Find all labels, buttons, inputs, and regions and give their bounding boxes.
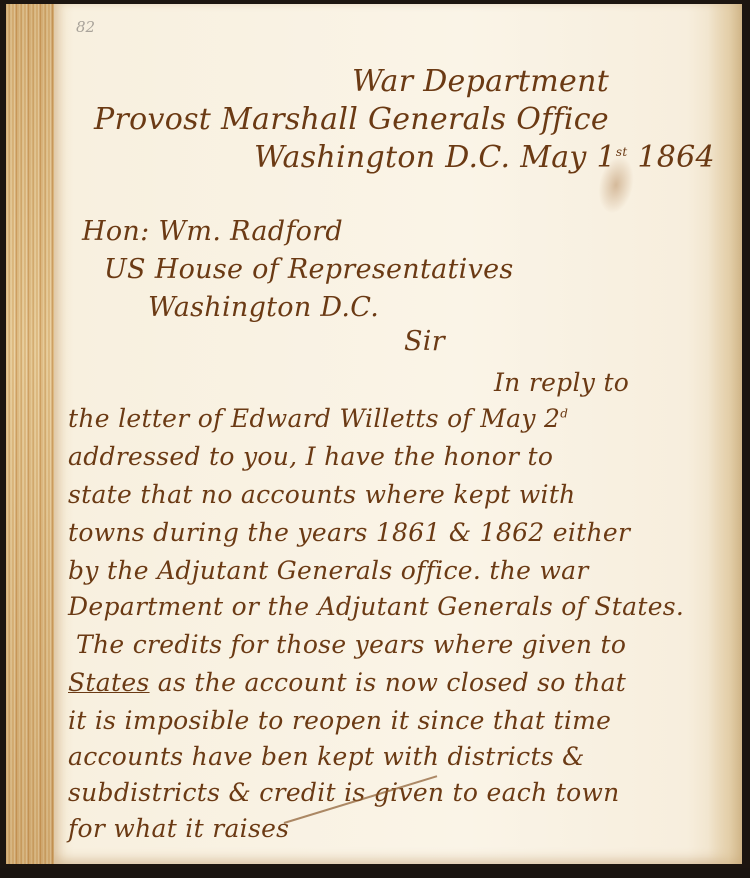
page-number: 82 [76,18,95,36]
body-line-11: accounts have ben kept with districts & [68,742,585,771]
body-line-6: by the Adjutant Generals office. the war [68,556,589,585]
body-line-5: towns during the years 1861 & 1862 eithe… [68,518,630,547]
letterhead-place: Washington D.C. May 1 [254,140,616,175]
body-line-2-ordinal: d [560,407,568,421]
body-line-7: Department or the Adjutant Generals of S… [68,592,684,621]
manuscript-page: 82 War Department Provost Marshall Gener… [54,4,742,864]
salutation: Sir [404,326,445,357]
addressee-name: Hon: Wm. Radford [82,216,343,247]
page-edges-stack [6,4,55,864]
body-line-2-text: the letter of Edward Willetts of May 2 [68,404,560,433]
letterhead-department: War Department [352,64,609,99]
body-line-13: for what it raises [68,814,289,843]
body-line-2: the letter of Edward Willetts of May 2d [68,404,568,433]
body-line-9: States as the account is now closed so t… [68,668,626,697]
date-year: 1864 [627,140,714,175]
body-line-3: addressed to you, I have the honor to [68,442,553,471]
body-line-10: it is imposible to reopen it since that … [68,706,611,735]
letterhead-office: Provost Marshall Generals Office [94,102,609,137]
underlined-states: States [68,668,150,697]
body-line-4: state that no accounts where kept with [68,480,576,509]
date-ordinal: st [616,145,628,159]
body-line-8: The credits for those years where given … [76,630,626,659]
book-scan: 82 War Department Provost Marshall Gener… [0,0,750,868]
addressee-city: Washington D.C. [148,292,379,323]
addressee-body: US House of Representatives [104,254,514,285]
body-line-9-text: as the account is now closed so that [150,668,627,697]
letterhead-place-date: Washington D.C. May 1st 1864 [254,140,715,175]
body-line-1: In reply to [494,368,629,397]
